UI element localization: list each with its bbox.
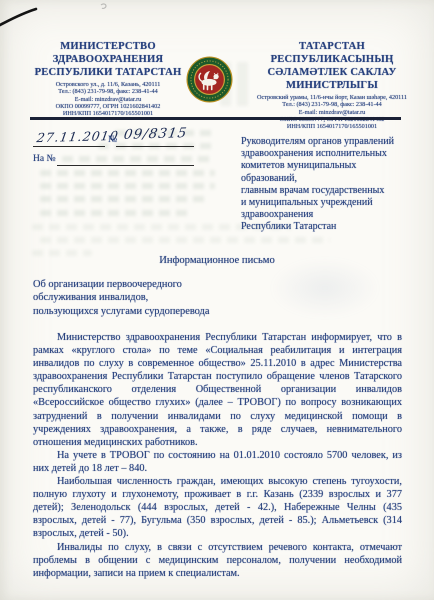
bleedthrough-text [40, 196, 208, 202]
number-underline [116, 146, 194, 147]
addressee-line: главным врачам государственных [241, 185, 423, 197]
ministry-name-line: ТАТАРСТАН РЕСПУБЛИКАСЫНЫҢ [242, 40, 422, 66]
inn-kpp-line: ИНН/КПП 1654017170/165501001 [242, 123, 422, 130]
header-divider-rule [30, 117, 401, 120]
email-line: E-mail: minzdrav@tatar.ru [26, 96, 190, 103]
reply-number-label: На № [33, 154, 56, 164]
ministry-name-line: СӘЛАМӘТЛЕК САКЛАУ [242, 66, 422, 79]
handwritten-number: 09/8315 [123, 125, 189, 143]
bleedthrough-text [40, 183, 215, 189]
ministry-header-ru: МИНИСТЕРСТВО ЗДРАВООХРАНЕНИЯ РЕСПУБЛИКИ … [26, 40, 190, 117]
addressee-line: и муниципальных учреждений [241, 197, 423, 209]
phone-line: Тел.: (843) 231-79-98, факс: 238-41-44 [242, 101, 422, 108]
phone-line: Тел.: (843) 231-79-98, факс: 238-41-44 [26, 88, 190, 95]
bleedthrough-text [40, 210, 190, 216]
pen-stroke-mark [0, 0, 60, 40]
ink-speck [99, 2, 109, 11]
ministry-name-line: МИНИСТРЛЫГЫ [242, 79, 422, 92]
subject-line: Об организации первоочередного [33, 278, 263, 291]
body-paragraph: Министерство здравоохранения Республики … [33, 331, 402, 449]
addressee-line: здравоохранения исполнительных [241, 148, 423, 160]
bleedthrough-text [40, 170, 215, 176]
addressee-block: Руководителям органов управлений здравоо… [241, 136, 423, 234]
body-paragraph: На учете в ТРОВОГ по состоянию на 01.01.… [33, 449, 402, 475]
ministry-name-line: РЕСПУБЛИКИ ТАТАРСТАН [26, 66, 190, 79]
ghost-signature [270, 258, 380, 318]
subject-line: обслуживания инвалидов, [33, 291, 263, 304]
letter-subject: Об организации первоочередного обслужива… [33, 278, 263, 318]
addressee-line: образований, [241, 173, 423, 185]
scanned-letter-page: МИНИСТЕРСТВО ЗДРАВООХРАНЕНИЯ РЕСПУБЛИКИ … [0, 0, 434, 600]
letter-body: Министерство здравоохранения Республики … [33, 331, 402, 580]
body-paragraph: Инвалиды по слуху, в связи с отсутствием… [33, 541, 402, 580]
ministry-name-line: МИНИСТЕРСТВО [26, 40, 190, 53]
ministry-name-line: ЗДРАВООХРАНЕНИЯ [26, 53, 190, 66]
addressee-line: здравоохранения [241, 209, 423, 221]
letter-title: Информационное письмо [0, 255, 434, 266]
addressee-line: Руководителям органов управлений [241, 136, 423, 148]
body-paragraph: Наибольшая численность граждан, имеющих … [33, 475, 402, 540]
addressee-line: Республики Татарстан [241, 221, 423, 233]
number-sign: № [108, 135, 117, 145]
addressee-line: комитетов муниципальных [241, 160, 423, 172]
email-line: E-mail: minzdrav@tatar.ru [242, 109, 422, 116]
bleedthrough-text [40, 237, 330, 243]
bleedthrough-text [62, 156, 215, 162]
coat-of-arms-icon [186, 56, 233, 103]
reply-number-underline [57, 165, 194, 166]
date-underline [33, 146, 105, 147]
subject-line: пользующихся услугами сурдоперевода [33, 305, 263, 318]
